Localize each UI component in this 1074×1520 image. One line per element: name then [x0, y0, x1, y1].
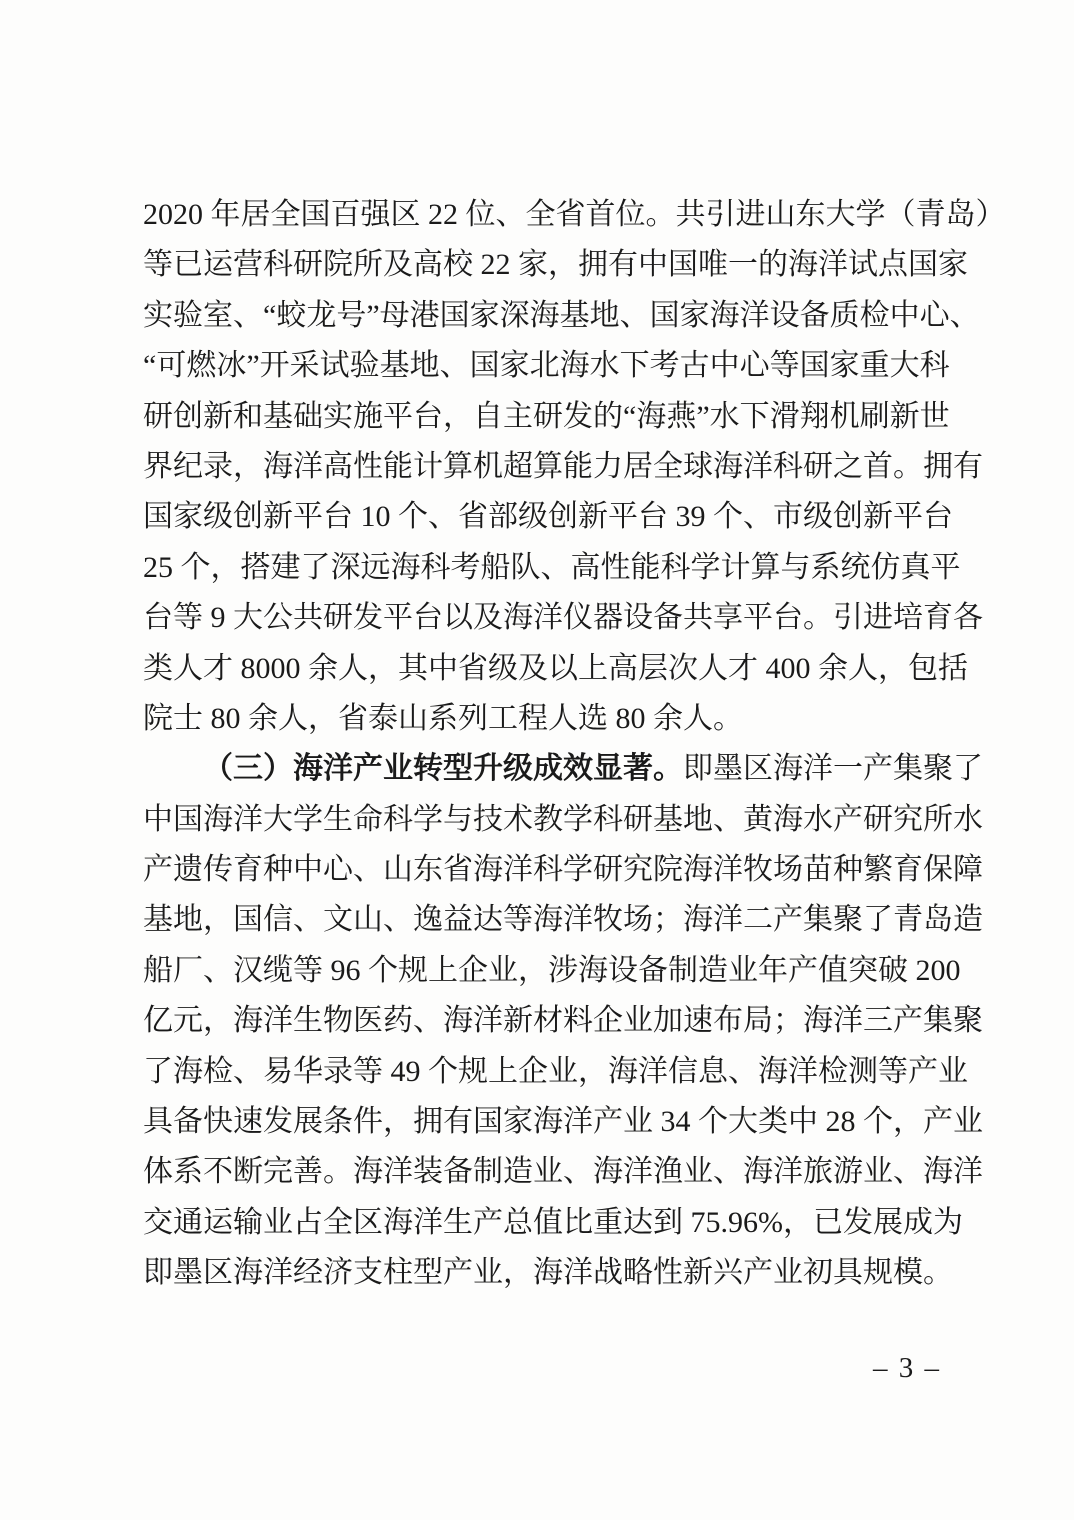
- text-line: 亿元，海洋生物医药、海洋新材料企业加速布局；海洋三产集聚: [143, 996, 940, 1046]
- text-line: 院士 80 余人，省泰山系列工程人选 80 余人。: [143, 694, 940, 744]
- text-line: 2020 年居全国百强区 22 位、全省首位。共引进山东大学（青岛）: [143, 190, 940, 240]
- text-line: 实验室、“蛟龙号”母港国家深海基地、国家海洋设备质检中心、: [143, 291, 940, 341]
- text-line: 了海检、易华录等 49 个规上企业，海洋信息、海洋检测等产业: [143, 1047, 940, 1097]
- text-line: 界纪录，海洋高性能计算机超算能力居全球海洋科研之首。拥有: [143, 442, 940, 492]
- text-line: 等已运营科研院所及高校 22 家，拥有中国唯一的海洋试点国家: [143, 240, 940, 290]
- text-line: 产遗传育种中心、山东省海洋科学研究院海洋牧场苗种繁育保障: [143, 845, 940, 895]
- section-heading: （三）海洋产业转型升级成效显著。: [203, 752, 683, 785]
- text-line: 国家级创新平台 10 个、省部级创新平台 39 个、市级创新平台: [143, 492, 940, 542]
- page-number: – 3 –: [852, 1350, 962, 1386]
- text-line: 研创新和基础实施平台，自主研发的“海燕”水下滑翔机刷新世: [143, 392, 940, 442]
- text-line: 具备快速发展条件，拥有国家海洋产业 34 个大类中 28 个，产业: [143, 1097, 940, 1147]
- text-line: 类人才 8000 余人，其中省级及以上高层次人才 400 余人，包括: [143, 644, 940, 694]
- body-text: 2020 年居全国百强区 22 位、全省首位。共引进山东大学（青岛） 等已运营科…: [143, 190, 940, 1299]
- text-line: 中国海洋大学生命科学与技术教学科研基地、黄海水产研究所水: [143, 795, 940, 845]
- text-line: 台等 9 大公共研发平台以及海洋仪器设备共享平台。引进培育各: [143, 593, 940, 643]
- text-line: 交通运输业占全区海洋生产总值比重达到 75.96%，已发展成为: [143, 1198, 940, 1248]
- document-page: 2020 年居全国百强区 22 位、全省首位。共引进山东大学（青岛） 等已运营科…: [0, 0, 1074, 1520]
- text-line: 体系不断完善。海洋装备制造业、海洋渔业、海洋旅游业、海洋: [143, 1147, 940, 1197]
- text-line: 即墨区海洋经济支柱型产业，海洋战略性新兴产业初具规模。: [143, 1248, 940, 1298]
- section-heading-rest: 即墨区海洋一产集聚了: [683, 752, 983, 785]
- section-heading-line: （三）海洋产业转型升级成效显著。即墨区海洋一产集聚了: [143, 744, 940, 794]
- text-line: “可燃冰”开采试验基地、国家北海水下考古中心等国家重大科: [143, 341, 940, 391]
- text-line: 船厂、汉缆等 96 个规上企业，涉海设备制造业年产值突破 200: [143, 946, 940, 996]
- text-line: 25 个，搭建了深远海科考船队、高性能科学计算与系统仿真平: [143, 543, 940, 593]
- text-line: 基地，国信、文山、逸益达等海洋牧场；海洋二产集聚了青岛造: [143, 895, 940, 945]
